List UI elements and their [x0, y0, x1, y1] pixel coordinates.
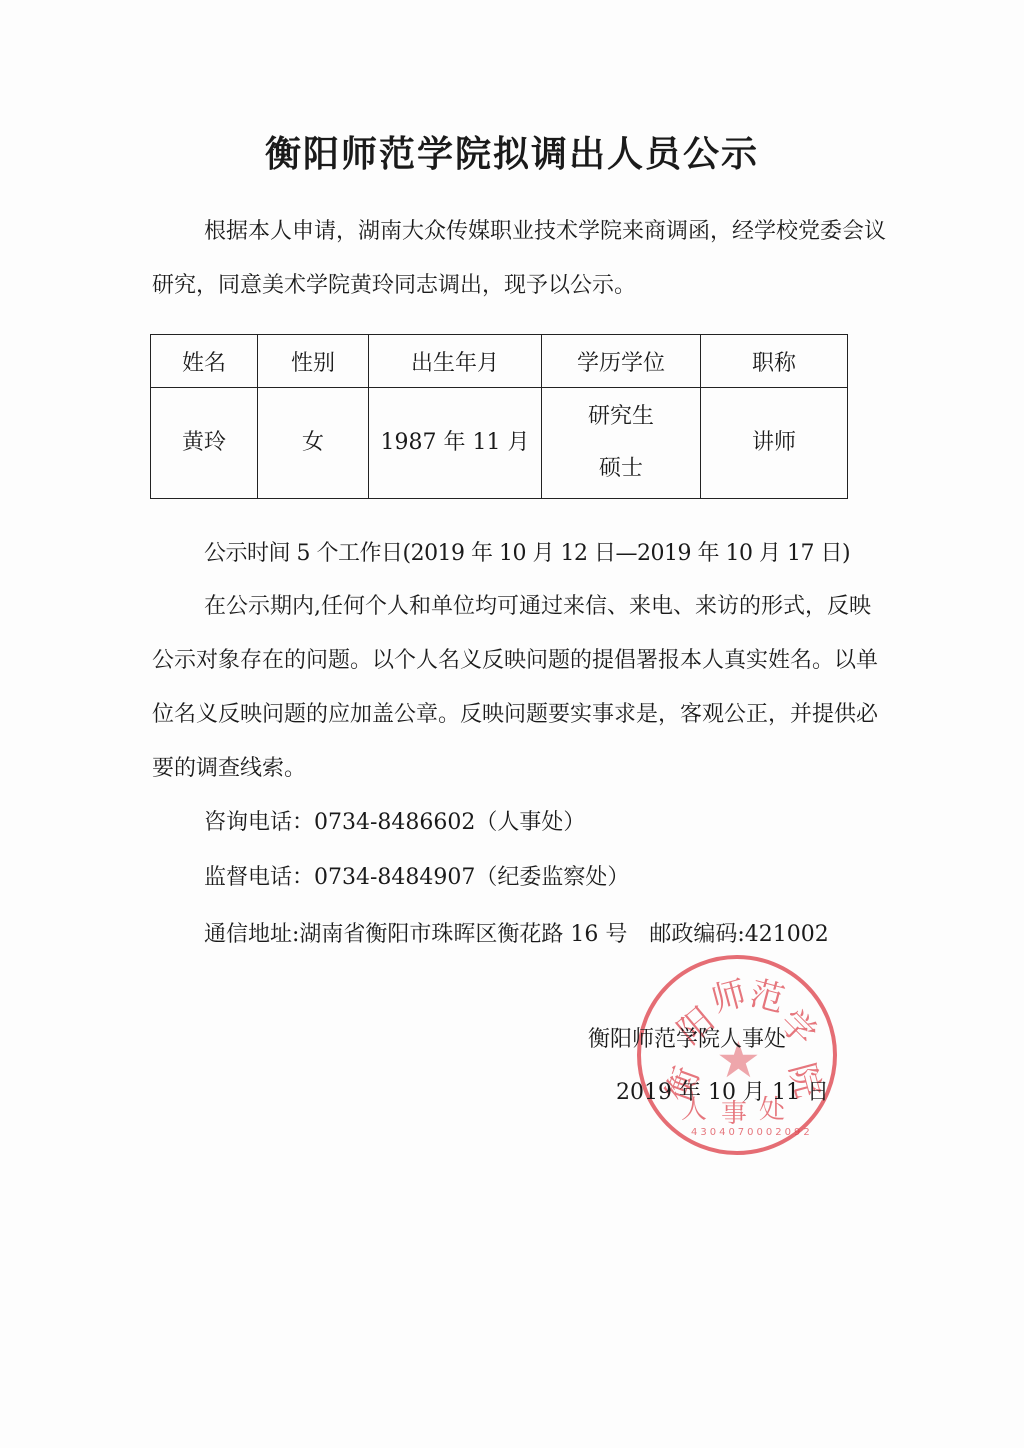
seal-char: 师	[705, 965, 751, 1021]
header-education: 学历学位	[542, 335, 701, 388]
education-degree: 研究生	[542, 391, 700, 443]
header-birth: 出生年月	[369, 335, 542, 388]
signature: 衡阳师范学院人事处	[588, 1022, 786, 1053]
cell-education: 研究生 硕士	[542, 388, 701, 499]
personnel-table: 姓名 性别 出生年月 学历学位 职称 黄玲 女 1987 年 11 月 研究生 …	[150, 334, 848, 499]
seal-number: 4304070002092	[691, 1127, 813, 1138]
official-seal: ★ 衡 阳 师 范 学 院 人 事 处 4304070002092	[637, 955, 837, 1155]
table-row: 黄玲 女 1987 年 11 月 研究生 硕士 讲师	[151, 388, 848, 499]
address-line: 通信地址:湖南省衡阳市珠晖区衡花路 16 号 邮政编码:421002	[204, 917, 829, 948]
header-name: 姓名	[151, 335, 258, 388]
document-title: 衡阳师范学院拟调出人员公示	[0, 126, 1024, 177]
supervise-phone: 监督电话：0734-8484907（纪委监察处）	[204, 860, 629, 891]
date: 2019 年 10 月 11 日	[616, 1075, 829, 1106]
consult-phone: 咨询电话：0734-8486602（人事处）	[204, 805, 585, 836]
intro-paragraph: 根据本人申请，湖南大众传媒职业技术学院来商调函，经学校党委会议研究，同意美术学院…	[152, 205, 892, 313]
cell-title: 讲师	[701, 388, 848, 499]
cell-name: 黄玲	[151, 388, 258, 499]
cell-birth: 1987 年 11 月	[369, 388, 542, 499]
header-gender: 性别	[258, 335, 369, 388]
education-level: 硕士	[542, 443, 700, 495]
cell-gender: 女	[258, 388, 369, 499]
seal-char: 范	[745, 965, 791, 1021]
header-title: 职称	[701, 335, 848, 388]
period-line: 公示时间 5 个工作日(2019 年 10 月 12 日—2019 年 10 月…	[152, 527, 892, 581]
notice-paragraph: 在公示期内,任何个人和单位均可通过来信、来电、来访的形式，反映公示对象存在的问题…	[152, 580, 892, 796]
table-header-row: 姓名 性别 出生年月 学历学位 职称	[151, 335, 848, 388]
